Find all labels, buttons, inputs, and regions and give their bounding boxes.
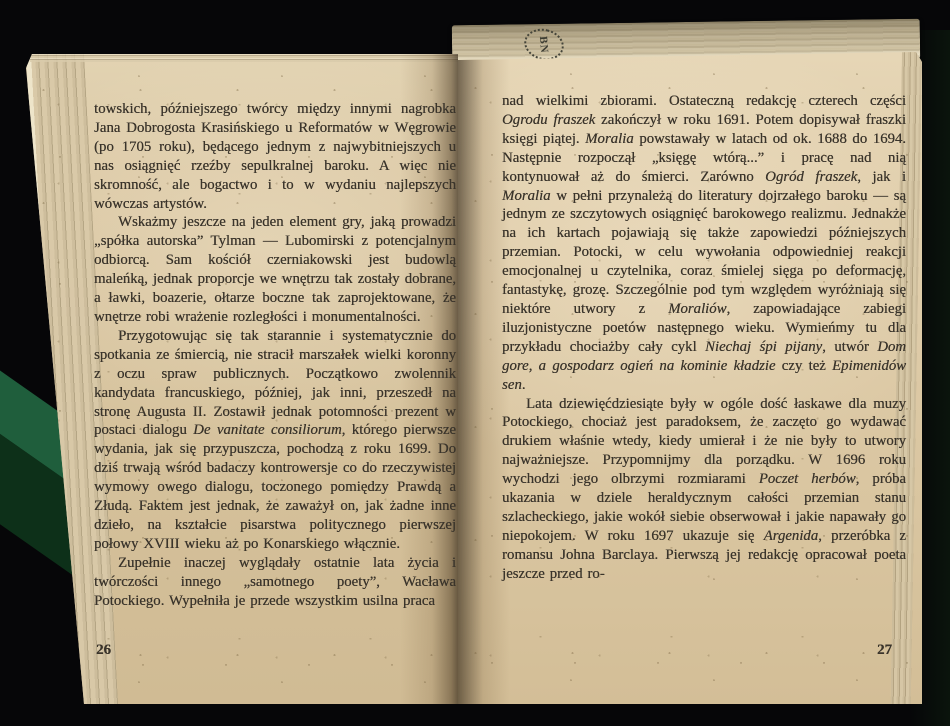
paragraph: Lata dziewięćdziesiąte były w ogóle dość… (502, 395, 906, 584)
right-page: nad wielkimi zbiorami. Ostateczną redakc… (458, 52, 922, 704)
scanned-book-spread: BN towskich, późniejszego twórcy między … (0, 0, 950, 726)
italic-text-segment: Ogród fraszek (765, 169, 857, 185)
text-segment: , którego pierwsze wydania, jak się przy… (94, 422, 456, 551)
paragraph: towskich, późniejszego twórcy między inn… (94, 100, 456, 213)
italic-text-segment: Ogrodu fraszek (502, 112, 595, 128)
text-segment: towskich, późniejszego twórcy między inn… (94, 101, 456, 212)
italic-text-segment: Moralia (585, 131, 634, 147)
paragraph: Zupełnie inaczej wyglądały ostatnie lata… (94, 554, 456, 611)
text-segment: czy też (775, 358, 832, 374)
right-page-text: nad wielkimi zbiorami. Ostateczną redakc… (502, 92, 906, 584)
library-stamp-label: BN (537, 35, 550, 53)
left-page-text: towskich, późniejszego twórcy między inn… (94, 100, 456, 610)
paragraph: Wskażmy jeszcze na jeden element gry, ja… (94, 213, 456, 326)
text-segment: , utwór (822, 339, 877, 355)
italic-text-segment: Argenida (764, 528, 819, 544)
left-page: towskich, późniejszego twórcy między inn… (26, 54, 458, 704)
text-segment: Zupełnie inaczej wyglądały ostatnie lata… (94, 555, 456, 609)
paragraph: Przygotowując się tak starannie i system… (94, 327, 456, 554)
text-segment: nad wielkimi zbiorami. Ostateczną redakc… (502, 93, 906, 109)
italic-text-segment: Moraliów (668, 301, 726, 317)
italic-text-segment: De vanitate consiliorum (193, 422, 341, 438)
italic-text-segment: Poczet herbów (759, 471, 856, 487)
page-number-left: 26 (96, 642, 111, 659)
text-segment: w pełni przynależą do literatury dojrzał… (502, 188, 906, 317)
paragraph: nad wielkimi zbiorami. Ostateczną redakc… (502, 92, 906, 395)
text-segment: , jak i (857, 169, 906, 185)
italic-text-segment: Moralia (502, 188, 551, 204)
page-number-right: 27 (877, 642, 892, 659)
italic-text-segment: Niechaj śpi pijany (705, 339, 822, 355)
text-segment: . (522, 377, 526, 393)
text-segment: Wskażmy jeszcze na jeden element gry, ja… (94, 214, 456, 325)
left-page-top-edge-lines (30, 54, 462, 62)
